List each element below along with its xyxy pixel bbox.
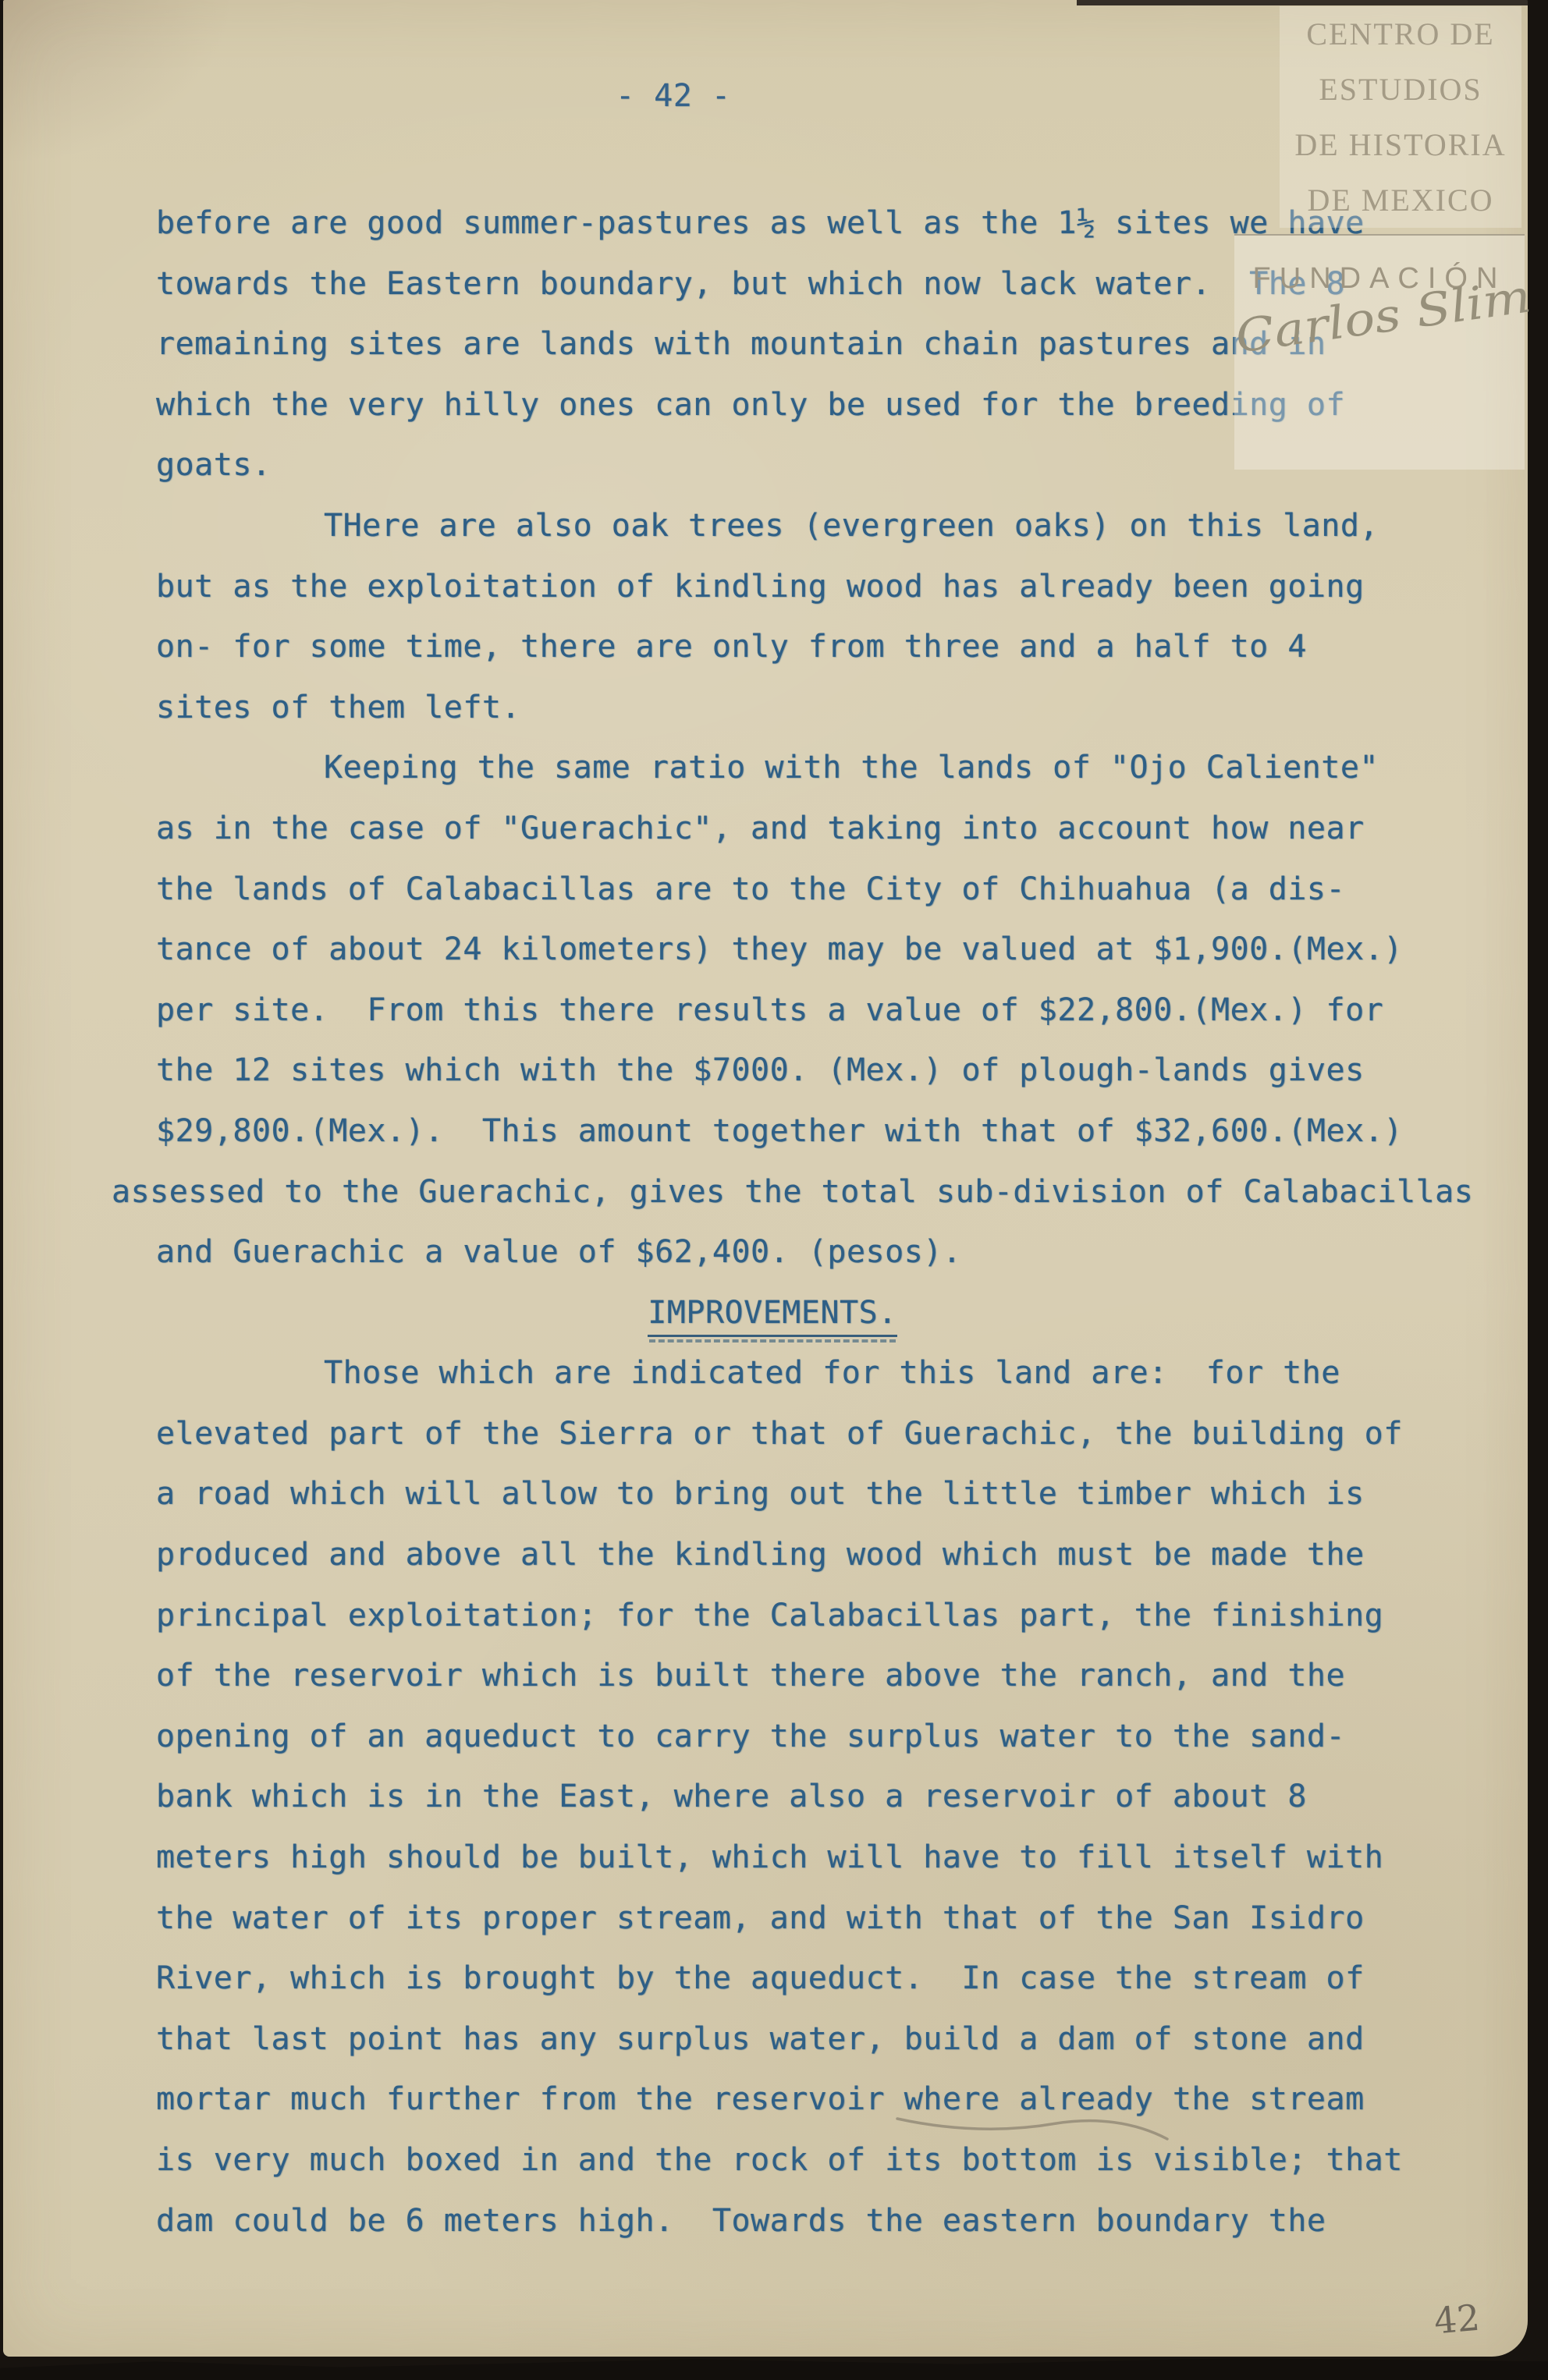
text-line: meters high should be built, which will …	[156, 1828, 1389, 1889]
watermark-line-4: DE MEXICO	[1280, 182, 1521, 218]
text-line: is very much boxed in and the rock of it…	[156, 2130, 1389, 2191]
text-line: Those which are indicated for this land …	[156, 1343, 1389, 1404]
section-heading-text: IMPROVEMENTS.	[648, 1295, 897, 1337]
text-line: elevated part of the Sierra or that of G…	[156, 1404, 1389, 1465]
document-lines: before are good summer-pastures as well …	[156, 193, 1389, 2251]
text-line: tance of about 24 kilometers) they may b…	[156, 920, 1389, 981]
watermark-line-3: DE HISTORIA	[1280, 126, 1521, 163]
text-line: of the reservoir which is built there ab…	[156, 1646, 1389, 1707]
watermark-foundation-block: FUNDACIÓN Carlos Slim	[1234, 234, 1525, 470]
scan-edge-top	[1077, 0, 1528, 5]
text-line: before are good summer-pastures as well …	[156, 193, 1389, 254]
watermark-institution: CENTRO DE ESTUDIOS DE HISTORIA DE MEXICO	[1280, 6, 1521, 228]
text-line: the water of its proper stream, and with…	[156, 1889, 1389, 1949]
page-number-top: - 42 -	[616, 78, 731, 114]
text-line: a road which will allow to bring out the…	[156, 1464, 1389, 1525]
text-line: which the very hilly ones can only be us…	[156, 375, 1389, 436]
text-line: remaining sites are lands with mountain …	[156, 314, 1389, 375]
text-line: Keeping the same ratio with the lands of…	[156, 738, 1389, 799]
text-line: the 12 sites which with the $7000. (Mex.…	[156, 1041, 1389, 1101]
scanned-page: - 42 - before are good summer-pastures a…	[0, 0, 1548, 2380]
text-line: principal exploitation; for the Calabaci…	[156, 1586, 1389, 1647]
text-line: on- for some time, there are only from t…	[156, 617, 1389, 678]
text-line: River, which is brought by the aqueduct.…	[156, 1949, 1389, 2009]
text-line: THere are also oak trees (evergreen oaks…	[156, 496, 1389, 557]
text-line: but as the exploitation of kindling wood…	[156, 557, 1389, 618]
watermark-line-2: ESTUDIOS	[1280, 71, 1521, 108]
scan-edge-bottom	[0, 2353, 1548, 2380]
text-line: per site. From this there results a valu…	[156, 981, 1389, 1041]
text-line: mortar much further from the reservoir w…	[156, 2070, 1389, 2130]
watermark-line-1: CENTRO DE	[1280, 16, 1521, 52]
text-line: sites of them left.	[156, 678, 1389, 739]
page-number-bottom-handwritten: 42	[1433, 2297, 1482, 2343]
text-line: towards the Eastern boundary, but which …	[156, 254, 1389, 315]
section-heading: IMPROVEMENTS.	[156, 1283, 1389, 1344]
pencil-underline-icon	[893, 2106, 1173, 2147]
text-line: goats.	[156, 435, 1389, 496]
text-line: that last point has any surplus water, b…	[156, 2009, 1389, 2070]
text-line: as in the case of "Guerachic", and takin…	[156, 799, 1389, 860]
text-line: dam could be 6 meters high. Towards the …	[156, 2191, 1389, 2252]
text-line: assessed to the Guerachic, gives the tot…	[112, 1162, 1389, 1223]
paper-sheet: - 42 - before are good summer-pastures a…	[3, 0, 1528, 2357]
text-line: $29,800.(Mex.). This amount together wit…	[156, 1101, 1389, 1162]
text-line: bank which is in the East, where also a …	[156, 1767, 1389, 1828]
text-line: and Guerachic a value of $62,400. (pesos…	[156, 1222, 1389, 1283]
text-line: the lands of Calabacillas are to the Cit…	[156, 860, 1389, 920]
text-line: produced and above all the kindling wood…	[156, 1525, 1389, 1586]
text-line: opening of an aqueduct to carry the surp…	[156, 1707, 1389, 1768]
pencil-underline-mark	[893, 2106, 1173, 2150]
